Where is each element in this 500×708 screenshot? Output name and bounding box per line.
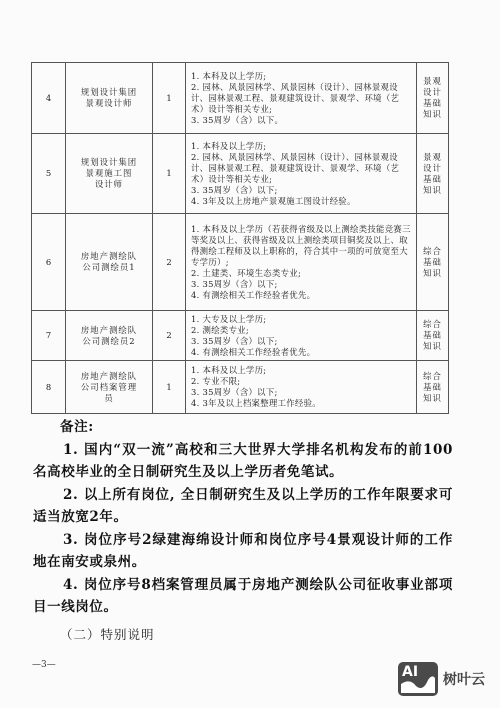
note-item-3: 3. 岗位序号2绿建海绵设计师和岗位序号4景观设计师的工作地在南安或泉州。 <box>33 529 453 574</box>
position-name-line: 员 <box>72 393 146 404</box>
requirement-item: 1. 本科及以上学历（若获得省级及以上测绘类技能竞赛三等奖及以上、获得省级及以上… <box>191 224 411 268</box>
notes-title: 备注: <box>33 416 453 439</box>
position-name: 规划设计集团景观设计师 <box>66 63 153 134</box>
table-row: 4规划设计集团景观设计师11. 本科及以上学历;2. 园林、风景园林学、风景园林… <box>32 63 449 134</box>
table-row: 6房地产测绘队公司测绘员121. 本科及以上学历（若获得省级及以上测绘类技能竞赛… <box>32 214 449 311</box>
position-name-line: 公司测绘员1 <box>72 262 146 273</box>
headcount: 1 <box>153 63 186 134</box>
exam-subject-line: 景观设计 <box>421 152 444 174</box>
exam-subject: 景观设计基础知识 <box>417 63 449 134</box>
requirement-item: 3. 35周岁（含）以下。 <box>191 115 411 126</box>
requirement-item: 3. 35周岁（含）以下; <box>191 387 411 398</box>
exam-subject-line: 基础知识 <box>421 98 444 120</box>
requirement-item: 4. 有测绘相关工作经验者优先。 <box>191 290 411 301</box>
requirement-item: 2. 专业不限; <box>191 376 411 387</box>
exam-subject-line: 知识 <box>421 393 444 404</box>
table-row: 8房地产测绘队公司档案管理员11. 本科及以上学历;2. 专业不限;3. 35周… <box>32 361 449 414</box>
position-name-line: 景观设计师 <box>72 98 146 109</box>
watermark-brand: 树叶云 <box>443 669 485 689</box>
position-name-line: 公司测绘员2 <box>72 336 146 347</box>
positions-table: 4规划设计集团景观设计师11. 本科及以上学历;2. 园林、风景园林学、风景园林… <box>31 62 449 414</box>
exam-subject: 综合基础知识 <box>417 361 449 414</box>
position-name-line: 房地产测绘队 <box>72 325 146 336</box>
headcount: 2 <box>153 311 186 361</box>
position-name-line: 规划设计集团 <box>72 87 146 98</box>
position-name-line: 设计师 <box>72 179 146 190</box>
exam-subject-line: 综合基础 <box>421 319 444 341</box>
position-name-line: 房地产测绘队 <box>72 251 146 262</box>
requirement-item: 4. 3年及以上房地产景观施工图设计经验。 <box>191 196 411 207</box>
mountain-icon <box>398 662 438 696</box>
row-number: 5 <box>32 134 66 214</box>
watermark: AI 树叶云 <box>398 662 485 696</box>
exam-subject-line: 综合基础 <box>421 371 444 393</box>
page-number: —3— <box>32 660 56 670</box>
row-number: 6 <box>32 214 66 311</box>
requirement-item: 2. 测绘类专业; <box>191 325 411 336</box>
requirement-item: 3. 35周岁（含）以下; <box>191 336 411 347</box>
position-name: 规划设计集团景观施工图设计师 <box>66 134 153 214</box>
exam-subject-line: 综合基础 <box>421 246 444 268</box>
requirement-item: 4. 有测绘相关工作经验者优先。 <box>191 347 411 358</box>
table-row: 7房地产测绘队公司测绘员221. 大专及以上学历;2. 测绘类专业;3. 35周… <box>32 311 449 361</box>
position-name: 房地产测绘队公司测绘员2 <box>66 311 153 361</box>
requirement-item: 4. 3年及以上档案整理工作经验。 <box>191 398 411 409</box>
exam-subject-line: 知识 <box>421 341 444 352</box>
requirement-item: 1. 本科及以上学历; <box>191 71 411 82</box>
exam-subject-line: 景观设计 <box>421 76 444 98</box>
notes-section: 备注: 1. 国内“双一流”高校和三大世界大学排名机构发布的前100名高校毕业的… <box>33 416 453 619</box>
headcount: 2 <box>153 214 186 311</box>
row-number: 7 <box>32 311 66 361</box>
row-number: 4 <box>32 63 66 134</box>
exam-subject: 综合基础知识 <box>417 214 449 311</box>
note-item-2: 2. 以上所有岗位, 全日制研究生及以上学历的工作年限要求可适当放宽2年。 <box>33 484 453 529</box>
exam-subject: 综合基础知识 <box>417 311 449 361</box>
requirement-item: 1. 本科及以上学历; <box>191 141 411 152</box>
requirement-item: 1. 大专及以上学历; <box>191 314 411 325</box>
exam-subject-line: 知识 <box>421 268 444 279</box>
row-number: 8 <box>32 361 66 414</box>
requirement-item: 3. 35周岁（含）以下; <box>191 279 411 290</box>
exam-subject: 景观设计基础知识 <box>417 134 449 214</box>
headcount: 1 <box>153 134 186 214</box>
headcount: 1 <box>153 361 186 414</box>
position-name: 房地产测绘队公司测绘员1 <box>66 214 153 311</box>
watermark-logo-icon: AI <box>398 662 438 696</box>
requirement-item: 1. 本科及以上学历; <box>191 365 411 376</box>
requirements: 1. 本科及以上学历;2. 专业不限;3. 35周岁（含）以下;4. 3年及以上… <box>186 361 417 414</box>
special-heading: （二）特别说明 <box>60 625 155 643</box>
position-name-line: 公司档案管理 <box>72 382 146 393</box>
position-name-line: 房地产测绘队 <box>72 371 146 382</box>
position-name-line: 规划设计集团 <box>72 157 146 168</box>
requirements: 1. 大专及以上学历;2. 测绘类专业;3. 35周岁（含）以下;4. 有测绘相… <box>186 311 417 361</box>
table-row: 5规划设计集团景观施工图设计师11. 本科及以上学历;2. 园林、风景园林学、风… <box>32 134 449 214</box>
position-name-line: 景观施工图 <box>72 168 146 179</box>
exam-subject-line: 基础知识 <box>421 174 444 196</box>
note-item-4: 4. 岗位序号8档案管理员属于房地产测绘队公司征收事业部项目一线岗位。 <box>33 574 453 619</box>
note-item-1: 1. 国内“双一流”高校和三大世界大学排名机构发布的前100名高校毕业的全日制研… <box>33 439 453 484</box>
requirements: 1. 本科及以上学历;2. 园林、风景园林学、风景园林（设计）、园林景观设计、园… <box>186 134 417 214</box>
requirement-item: 2. 园林、风景园林学、风景园林（设计）、园林景观设计、园林景观工程、景观建筑设… <box>191 152 411 185</box>
requirements: 1. 本科及以上学历;2. 园林、风景园林学、风景园林（设计）、园林景观设计、园… <box>186 63 417 134</box>
requirement-item: 3. 35周岁（含）以下; <box>191 185 411 196</box>
requirement-item: 2. 园林、风景园林学、风景园林（设计）、园林景观设计、园林景观工程、景观建筑设… <box>191 82 411 115</box>
requirement-item: 2. 土建类、环境生态类专业; <box>191 268 411 279</box>
requirements: 1. 本科及以上学历（若获得省级及以上测绘类技能竞赛三等奖及以上、获得省级及以上… <box>186 214 417 311</box>
position-name: 房地产测绘队公司档案管理员 <box>66 361 153 414</box>
